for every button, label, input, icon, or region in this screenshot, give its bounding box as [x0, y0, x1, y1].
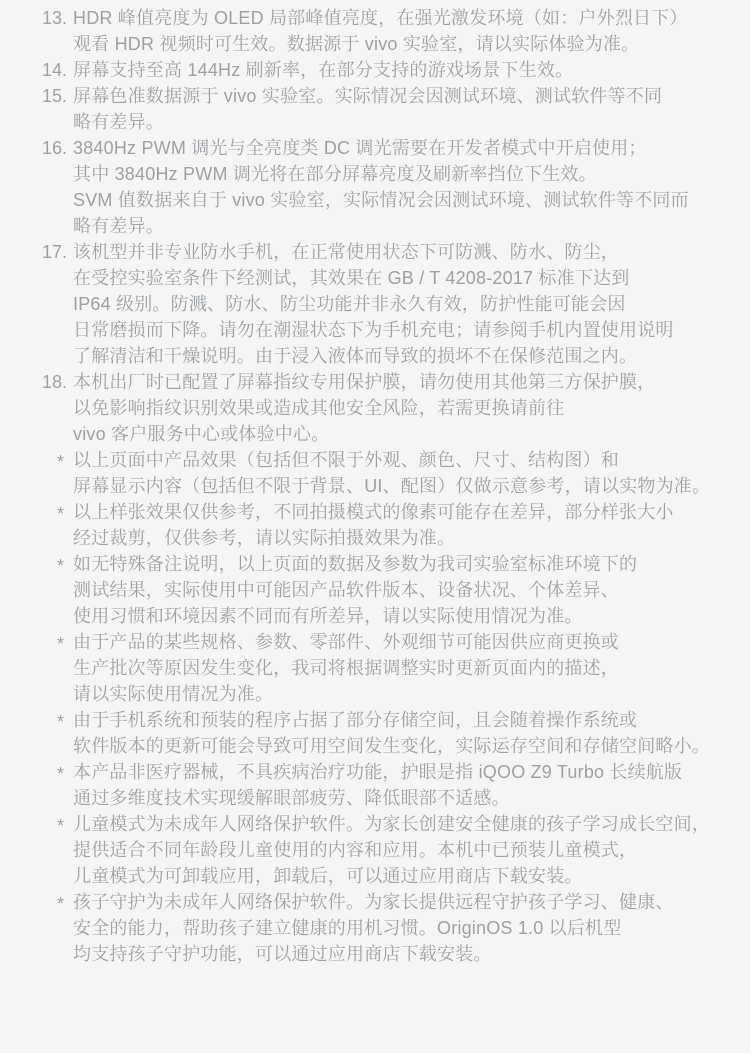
asterisk-marker: *	[57, 709, 64, 735]
note-line: 安全的能力，帮助孩子建立健康的用机习惯。OriginOS 1.0 以后机型	[73, 915, 732, 941]
note-line: 其中 3840Hz PWM 调光将在部分屏幕亮度及刷新率挡位下生效。	[73, 161, 732, 187]
asterisk-marker: *	[57, 631, 64, 657]
asterisk-marker: *	[57, 761, 64, 787]
note-line: 使用习惯和环境因素不同而有所差异，请以实际使用情况为准。	[73, 603, 732, 629]
note-line: 以上页面中产品效果（包括但不限于外观、颜色、尺寸、结构图）和	[73, 447, 732, 473]
note-line: HDR 峰值亮度为 OLED 局部峰值亮度，在强光激发环境（如：户外烈日下）	[73, 5, 732, 31]
asterisk-marker: *	[57, 449, 64, 475]
note-line: 经过裁剪，仅供参考，请以实际拍摄效果为准。	[73, 525, 732, 551]
note-item: *儿童模式为未成年人网络保护软件。为家长创建安全健康的孩子学习成长空间，提供适合…	[73, 811, 732, 889]
note-line: 以上样张效果仅供参考，不同拍摄模式的像素可能存在差异，部分样张大小	[73, 499, 732, 525]
note-item: *由于产品的某些规格、参数、零部件、外观细节可能因供应商更换或生产批次等原因发生…	[73, 629, 732, 707]
note-item: 18.本机出厂时已配置了屏幕指纹专用保护膜，请勿使用其他第三方保护膜，以免影响指…	[73, 369, 732, 447]
note-line: 孩子守护为未成年人网络保护软件。为家长提供远程守护孩子学习、健康、	[73, 889, 732, 915]
note-line: IP64 级别。防溅、防水、防尘功能并非永久有效，防护性能可能会因	[73, 291, 732, 317]
note-line: 该机型并非专业防水手机，在正常使用状态下可防溅、防水、防尘，	[73, 239, 732, 265]
note-line: 日常磨损而下降。请勿在潮湿状态下为手机充电；请参阅手机内置使用说明	[73, 317, 732, 343]
note-item: 14.屏幕支持至高 144Hz 刷新率，在部分支持的游戏场景下生效。	[73, 57, 732, 83]
note-line: 在受控实验室条件下经测试，其效果在 GB / T 4208-2017 标准下达到	[73, 265, 732, 291]
note-line: 略有差异。	[73, 213, 732, 239]
asterisk-marker: *	[57, 501, 64, 527]
note-line: 屏幕支持至高 144Hz 刷新率，在部分支持的游戏场景下生效。	[73, 57, 732, 83]
note-line: 观看 HDR 视频时可生效。数据源于 vivo 实验室，请以实际体验为准。	[73, 31, 732, 57]
item-number: 13.	[42, 5, 67, 31]
item-number: 15.	[42, 83, 67, 109]
note-item: 17.该机型并非专业防水手机，在正常使用状态下可防溅、防水、防尘，在受控实验室条…	[73, 239, 732, 369]
asterisk-marker: *	[57, 891, 64, 917]
note-line: 3840Hz PWM 调光与全亮度类 DC 调光需要在开发者模式中开启使用；	[73, 135, 732, 161]
note-item: *孩子守护为未成年人网络保护软件。为家长提供远程守护孩子学习、健康、安全的能力，…	[73, 889, 732, 967]
note-line: 测试结果，实际使用中可能因产品软件版本、设备状况、个体差异、	[73, 577, 732, 603]
item-number: 18.	[42, 369, 67, 395]
item-number: 17.	[42, 239, 67, 265]
note-line: SVM 值数据来自于 vivo 实验室，实际情况会因测试环境、测试软件等不同而	[73, 187, 732, 213]
note-line: 通过多维度技术实现缓解眼部疲劳、降低眼部不适感。	[73, 785, 732, 811]
item-number: 14.	[42, 57, 67, 83]
note-line: 本产品非医疗器械，不具疾病治疗功能，护眼是指 iQOO Z9 Turbo 长续航…	[73, 759, 732, 785]
note-line: 本机出厂时已配置了屏幕指纹专用保护膜，请勿使用其他第三方保护膜，	[73, 369, 732, 395]
note-line: 由于产品的某些规格、参数、零部件、外观细节可能因供应商更换或	[73, 629, 732, 655]
note-item: *如无特殊备注说明，以上页面的数据及参数为我司实验室标准环境下的测试结果，实际使…	[73, 551, 732, 629]
note-line: 如无特殊备注说明，以上页面的数据及参数为我司实验室标准环境下的	[73, 551, 732, 577]
note-line: 提供适合不同年龄段儿童使用的内容和应用。本机中已预装儿童模式，	[73, 837, 732, 863]
asterisk-marker: *	[57, 813, 64, 839]
note-line: 由于手机系统和预装的程序占据了部分存储空间，且会随着操作系统或	[73, 707, 732, 733]
note-item: *以上样张效果仅供参考，不同拍摄模式的像素可能存在差异，部分样张大小经过裁剪，仅…	[73, 499, 732, 551]
item-number: 16.	[42, 135, 67, 161]
note-line: 儿童模式为可卸载应用，卸载后，可以通过应用商店下载安装。	[73, 863, 732, 889]
note-line: 以免影响指纹识别效果或造成其他安全风险，若需更换请前往	[73, 395, 732, 421]
note-line: 屏幕色准数据源于 vivo 实验室。实际情况会因测试环境、测试软件等不同	[73, 83, 732, 109]
note-line: 屏幕显示内容（包括但不限于背景、UI、配图）仅做示意参考，请以实物为准。	[73, 473, 732, 499]
note-item: *由于手机系统和预装的程序占据了部分存储空间，且会随着操作系统或软件版本的更新可…	[73, 707, 732, 759]
note-item: 16.3840Hz PWM 调光与全亮度类 DC 调光需要在开发者模式中开启使用…	[73, 135, 732, 239]
note-line: 均支持孩子守护功能，可以通过应用商店下载安装。	[73, 941, 732, 967]
note-item: 15.屏幕色准数据源于 vivo 实验室。实际情况会因测试环境、测试软件等不同略…	[73, 83, 732, 135]
asterisk-marker: *	[57, 553, 64, 579]
note-item: 13.HDR 峰值亮度为 OLED 局部峰值亮度，在强光激发环境（如：户外烈日下…	[73, 5, 732, 57]
note-line: 儿童模式为未成年人网络保护软件。为家长创建安全健康的孩子学习成长空间，	[73, 811, 732, 837]
note-line: 略有差异。	[73, 109, 732, 135]
note-line: 软件版本的更新可能会导致可用空间发生变化，实际运存空间和存储空间略小。	[73, 733, 732, 759]
note-line: 生产批次等原因发生变化，我司将根据调整实时更新页面内的描述，	[73, 655, 732, 681]
note-line: 了解清洁和干燥说明。由于浸入液体而导致的损坏不在保修范围之内。	[73, 343, 732, 369]
disclaimer-notes: 13.HDR 峰值亮度为 OLED 局部峰值亮度，在强光激发环境（如：户外烈日下…	[0, 0, 750, 967]
note-line: vivo 客户服务中心或体验中心。	[73, 421, 732, 447]
note-item: *本产品非医疗器械，不具疾病治疗功能，护眼是指 iQOO Z9 Turbo 长续…	[73, 759, 732, 811]
note-item: *以上页面中产品效果（包括但不限于外观、颜色、尺寸、结构图）和屏幕显示内容（包括…	[73, 447, 732, 499]
note-line: 请以实际使用情况为准。	[73, 681, 732, 707]
